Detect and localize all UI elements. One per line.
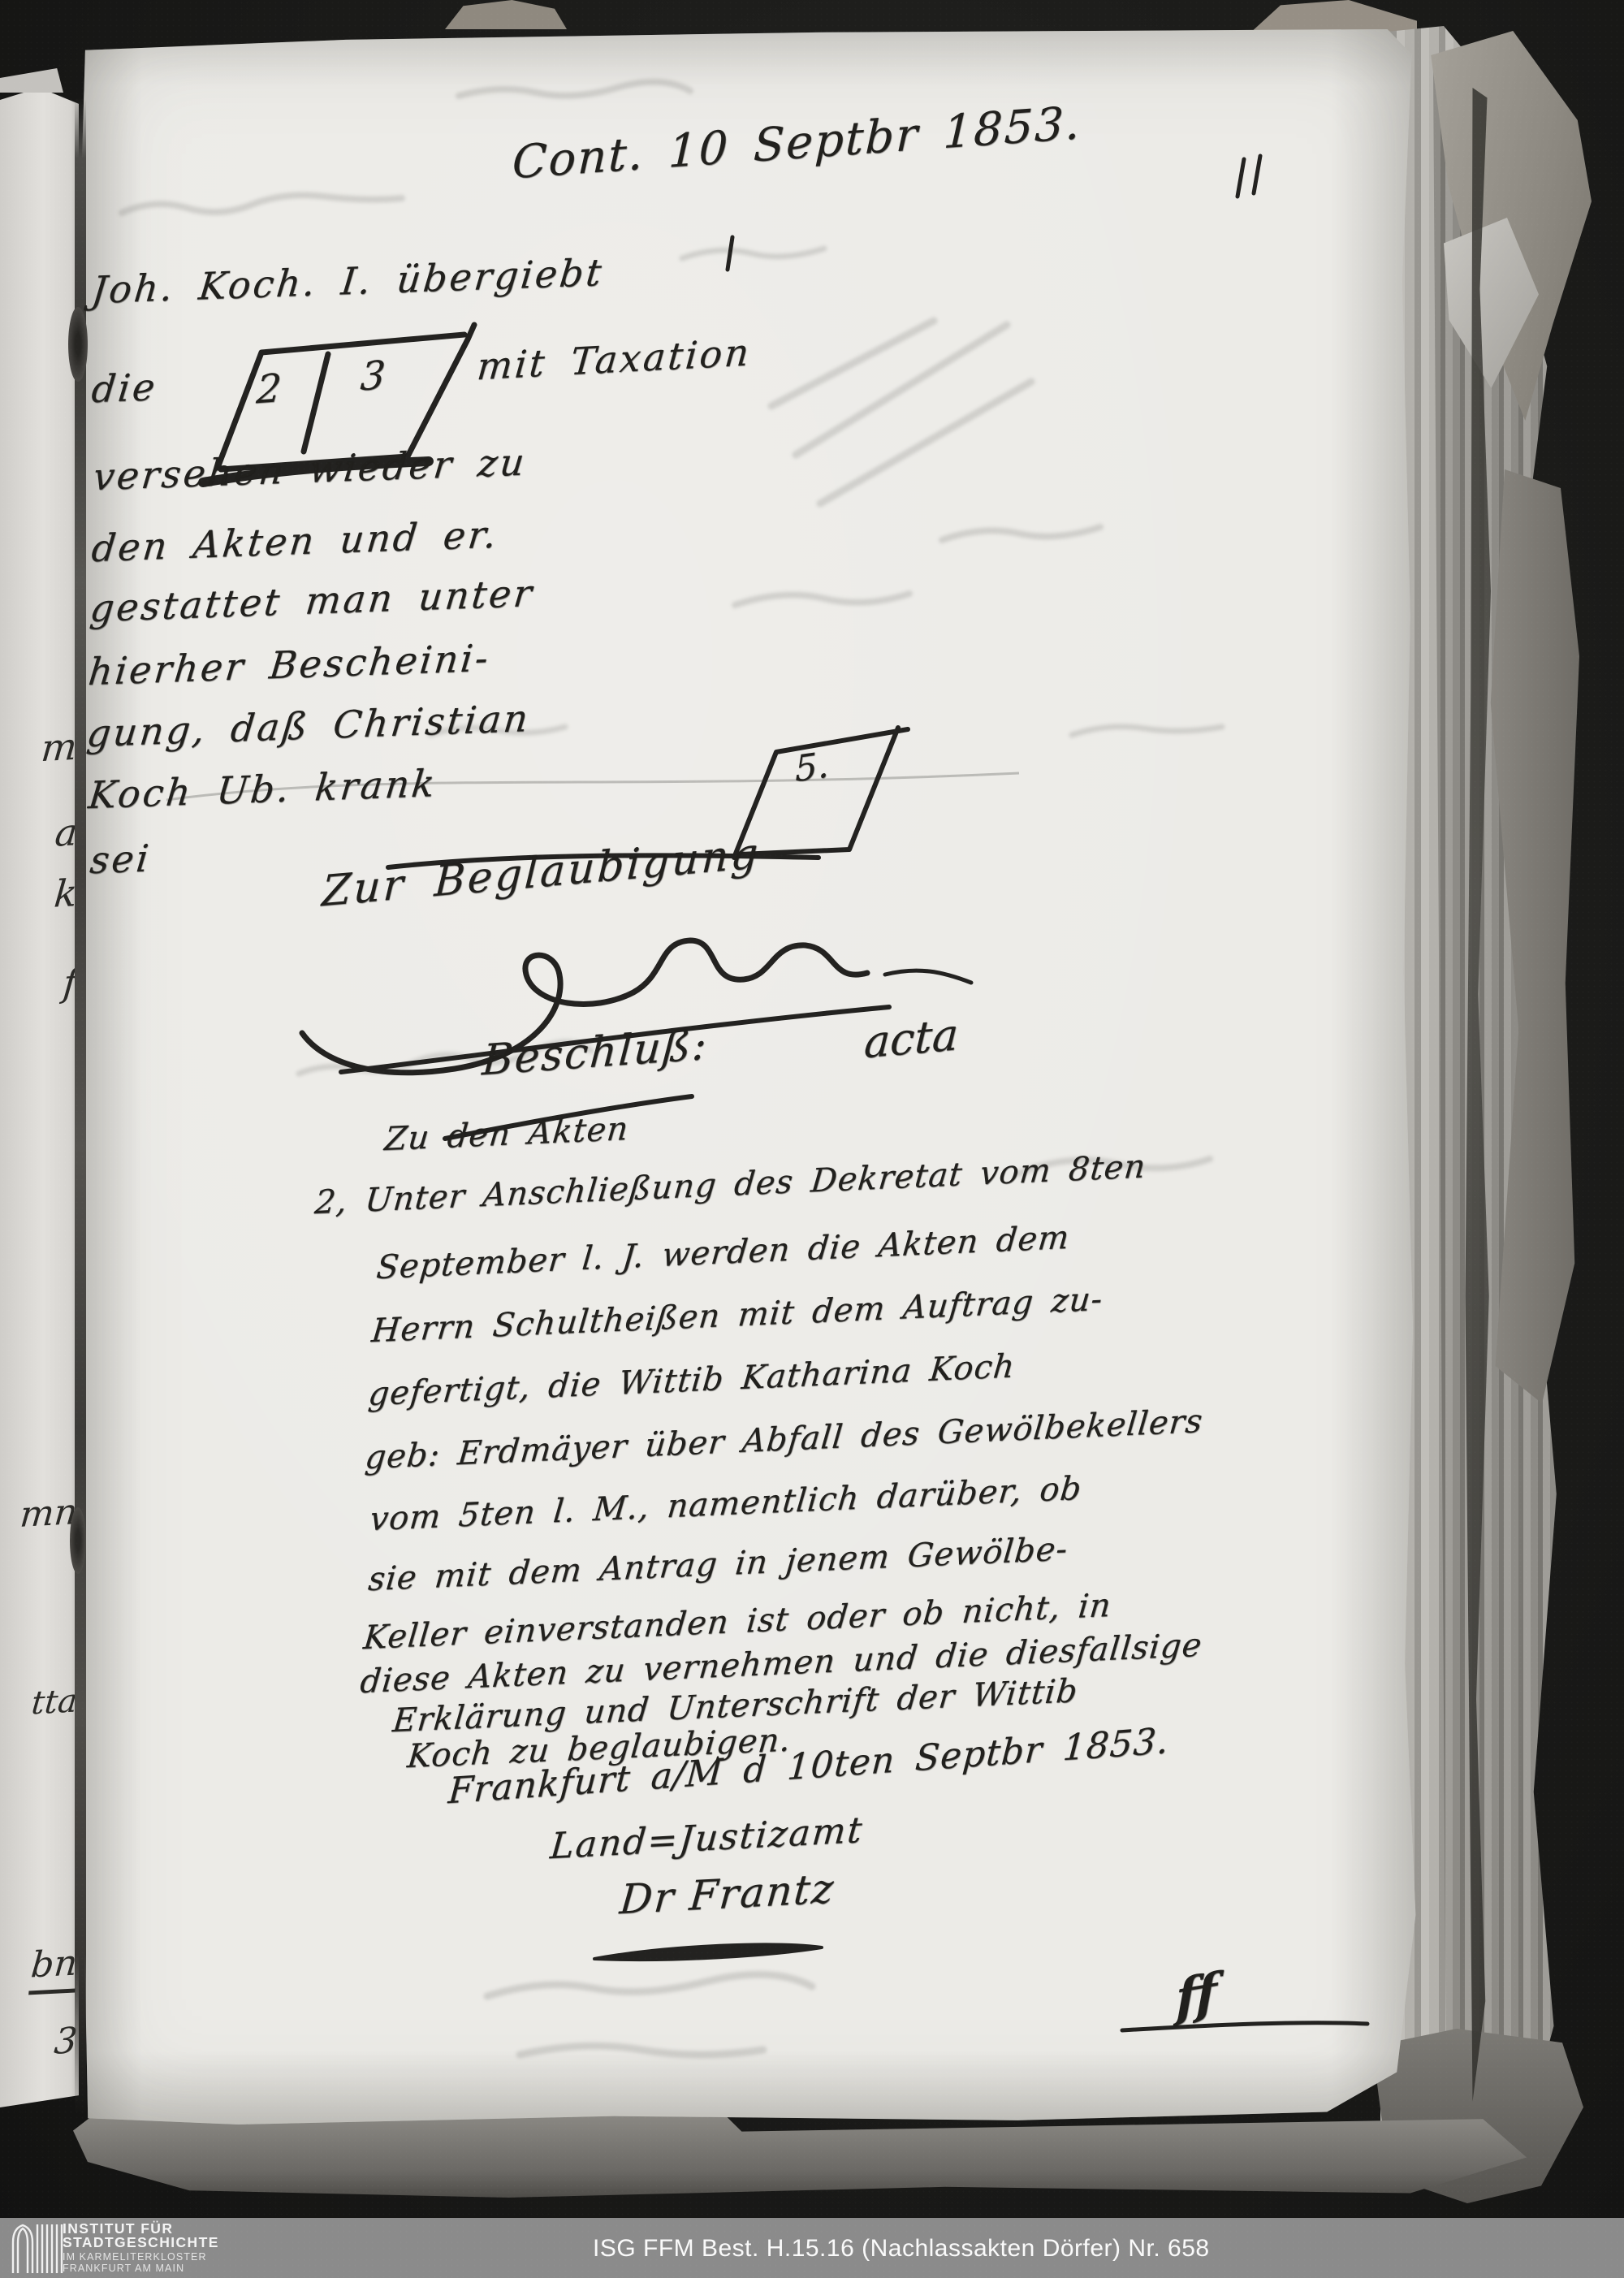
archive-reference: ISG FFM Best. H.15.16 (Nachlassakten Dör…	[593, 2235, 1210, 2263]
institute-name-block: INSTITUT FÜR STADTGESCHICHTE IM KARMELIT…	[63, 2222, 219, 2274]
institute-address-line: IM KARMELITERKLOSTER	[63, 2252, 219, 2263]
institute-logo-icon	[10, 2223, 67, 2273]
archive-photo: m a k f mn tta bn 3	[0, 0, 1624, 2278]
binding-thread-knot	[70, 1507, 86, 1574]
margin-note-line: sei	[88, 836, 153, 882]
fraction-box-numerator: 2	[255, 365, 283, 413]
binding-gutter	[75, 97, 86, 2116]
institute-name-line: STADTGESCHICHTE	[63, 2236, 219, 2250]
margin-note-line: die	[89, 365, 159, 411]
facing-page-sliver: m a k f mn tta bn 3	[0, 88, 79, 2112]
cut-word-fragment: tta	[30, 1683, 79, 1723]
paper-debris-top-center	[445, 0, 567, 29]
institute-address-line: FRANKFURT AM MAIN	[63, 2263, 219, 2275]
paraph-mark: ff	[1176, 1961, 1217, 2029]
fraction-box-denominator: 3	[359, 352, 387, 400]
acta-note: acta	[863, 1009, 960, 1069]
cut-word-fragment: bn	[29, 1943, 79, 1995]
cut-word-fragment: m	[40, 724, 79, 770]
footer-bar: INSTITUT FÜR STADTGESCHICHTE IM KARMELIT…	[0, 2218, 1624, 2278]
binding-thread-knot	[68, 307, 88, 382]
ref-box-number: 5.	[794, 744, 829, 790]
page-edge-sliver	[0, 68, 63, 93]
